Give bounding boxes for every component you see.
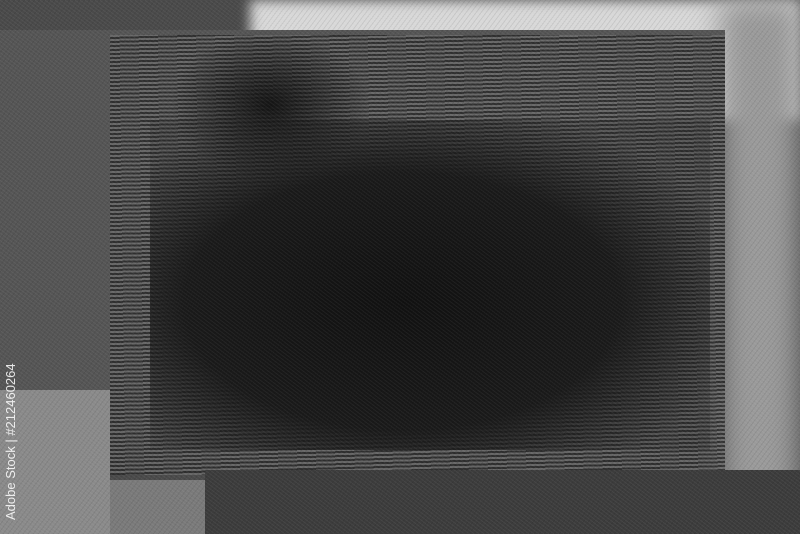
grunge-texture-image: Adobe Stock | #212460264	[0, 0, 800, 534]
watermark: Adobe Stock | #212460264	[3, 363, 18, 520]
noise-overlay	[0, 0, 800, 534]
